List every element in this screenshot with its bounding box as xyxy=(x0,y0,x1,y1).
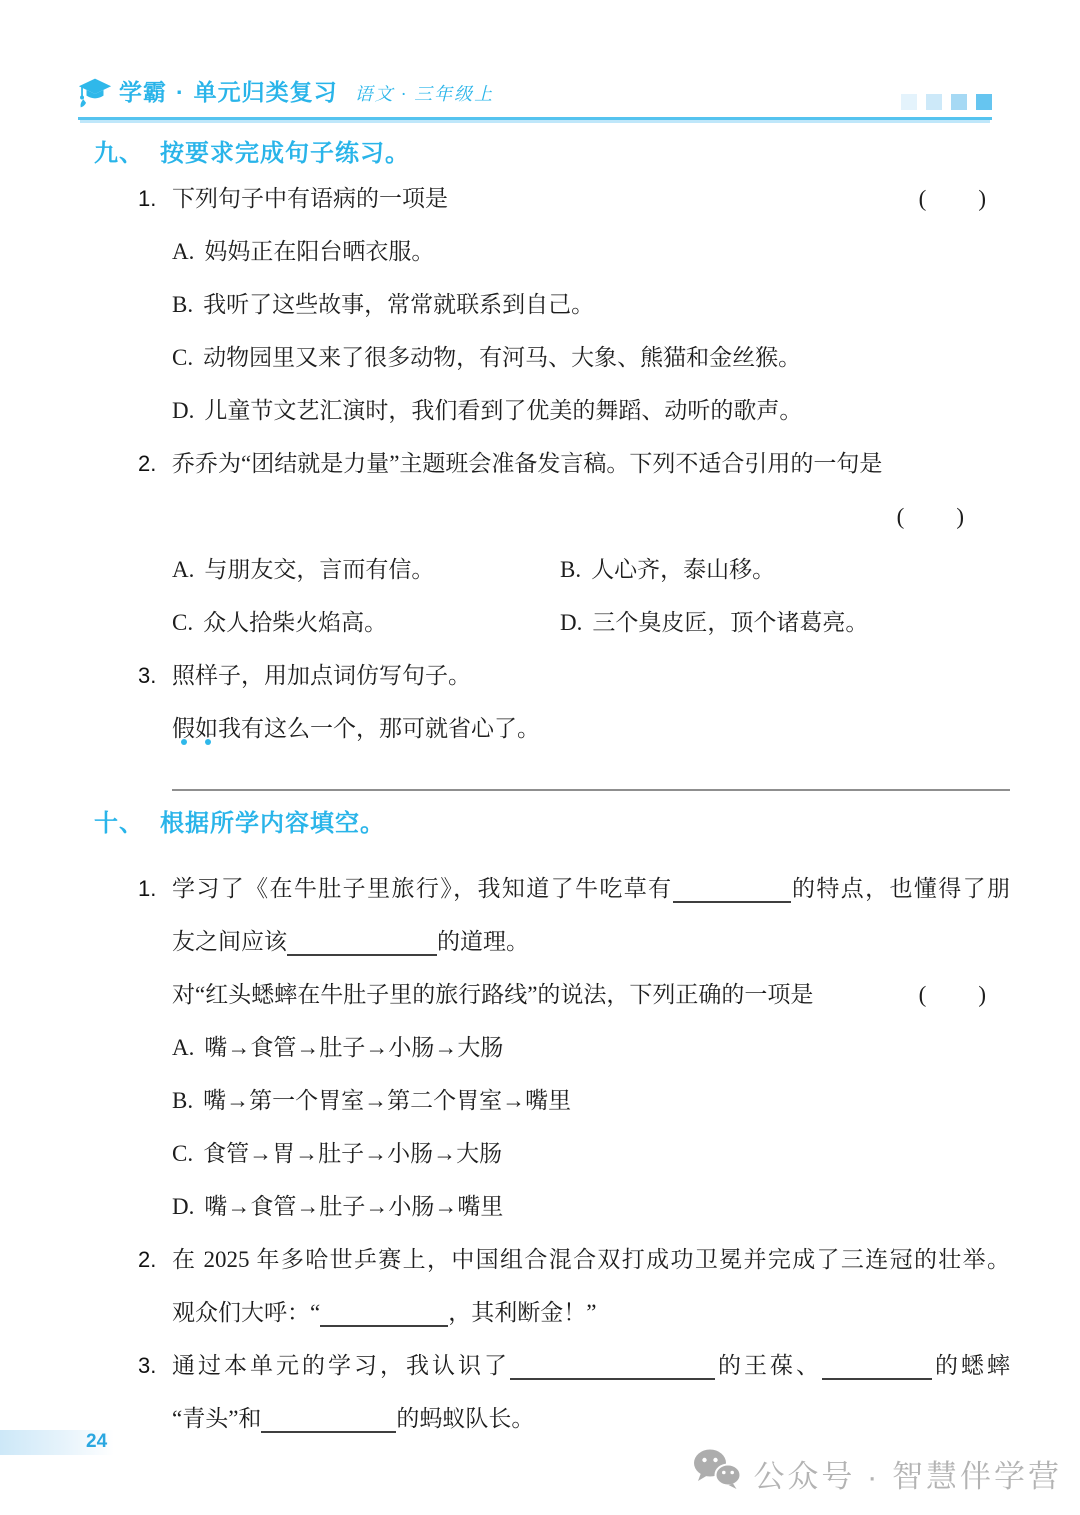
option-a: A.与朋友交，言而有信。 xyxy=(172,543,560,596)
stem-text: ，其利断金！” xyxy=(448,1300,596,1325)
answer-writing-line xyxy=(172,789,1010,791)
question-number: 2. xyxy=(138,1233,172,1339)
option-label: C. xyxy=(172,610,193,635)
brand-separator: · xyxy=(176,79,185,106)
question-stem: 照样子，用加点词仿写句子。 xyxy=(172,649,1010,702)
emphasized-word: 假如 xyxy=(172,716,218,741)
option-a: A.妈妈正在阳台晒衣服。 xyxy=(172,225,1010,278)
option-c: C.众人拾柴火焰高。 xyxy=(172,596,560,649)
stem-text: 通过本单元的学习，我认识了 xyxy=(172,1353,510,1378)
answer-brackets: ( ) xyxy=(919,968,988,1021)
option-label: D. xyxy=(560,610,582,635)
question-9-2: 2. 乔乔为“团结就是力量”主题班会准备发言稿。下列不适合引用的一句是 ( ) … xyxy=(138,437,1010,649)
section-10-title: 根据所学内容填空。 xyxy=(160,810,385,837)
deco-squares xyxy=(901,94,992,110)
answer-brackets: ( ) xyxy=(919,172,988,225)
watermark: 公众号 · 智慧伴学营 xyxy=(693,1448,1062,1498)
option-label: C. xyxy=(172,1141,193,1166)
stem-text: 的王葆、 xyxy=(715,1353,822,1378)
question-number: 3. xyxy=(138,649,172,755)
option-label: B. xyxy=(172,292,193,317)
option-label: A. xyxy=(172,1035,194,1060)
question-stem: 在 2025 年多哈世乒赛上，中国组合混合双打成功卫冕并完成了三连冠的壮举。 xyxy=(172,1233,1010,1286)
question-9-3: 3. 照样子，用加点词仿写句子。 假如我有这么一个，那可就省心了。 xyxy=(138,649,1010,755)
question-stem: 下列句子中有语病的一项是 xyxy=(172,172,448,225)
option-text: 嘴→食管→肚子→小肠→嘴里 xyxy=(204,1194,503,1219)
worksheet-page: 学霸 · 单元归类复习 语文 · 三年级上 九、按要求完成句子练习。 1. 下列… xyxy=(0,0,1080,1515)
fill-blank-line: 学习了《在牛肚子里旅行》，我知道了牛吃草有的特点，也懂得了朋 xyxy=(172,862,1010,915)
option-b: B.我听了这些故事，常常就联系到自己。 xyxy=(172,278,1010,331)
fill-blank-line: 通过本单元的学习，我认识了的王葆、的蟋蟀 xyxy=(172,1339,1010,1392)
stem-text: 的道理。 xyxy=(437,929,529,954)
subject-grade: 语文 · 三年级上 xyxy=(355,80,495,106)
option-label: C. xyxy=(172,345,193,370)
option-text: 儿童节文艺汇演时，我们看到了优美的舞蹈、动听的歌声。 xyxy=(204,398,802,423)
option-text: 动物园里又来了很多动物，有河马、大象、熊猫和金丝猴。 xyxy=(203,345,801,370)
option-d: D.儿童节文艺汇演时，我们看到了优美的舞蹈、动听的歌声。 xyxy=(172,384,1010,437)
stem-text: “青头”和 xyxy=(172,1406,261,1431)
section-10-number: 十、 xyxy=(94,810,144,837)
option-b: B.人心齐，泰山移。 xyxy=(560,543,1010,596)
option-text: 食管→胃→肚子→小肠→大肠 xyxy=(203,1141,502,1166)
fill-in-blank xyxy=(673,869,791,903)
option-b: B.嘴→第一个胃室→第二个胃室→嘴里 xyxy=(172,1074,1010,1127)
question-stem: 对“红头蟋蟀在牛肚子里的旅行路线”的说法，下列正确的一项是 xyxy=(172,968,813,1021)
fill-blank-line: “青头”和的蚂蚁队长。 xyxy=(172,1392,1010,1445)
section-9-heading: 九、按要求完成句子练习。 xyxy=(94,135,1010,172)
fill-in-blank xyxy=(320,1293,448,1327)
question-number: 1. xyxy=(138,172,172,437)
option-c: C.动物园里又来了很多动物，有河马、大象、熊猫和金丝猴。 xyxy=(172,331,1010,384)
option-text: 我听了这些故事，常常就联系到自己。 xyxy=(203,292,594,317)
stem-text: 的特点，也懂得了朋 xyxy=(791,876,1010,901)
stem-text: 友之间应该 xyxy=(172,929,287,954)
option-label: A. xyxy=(172,239,194,264)
worksheet-content: 九、按要求完成句子练习。 1. 下列句子中有语病的一项是 ( ) A.妈妈正在阳… xyxy=(80,135,1010,1445)
book-title: 单元归类复习 xyxy=(194,74,338,107)
option-c: C.食管→胃→肚子→小肠→大肠 xyxy=(172,1127,1010,1180)
section-10-heading: 十、根据所学内容填空。 xyxy=(94,805,1010,842)
fill-in-blank xyxy=(261,1399,396,1433)
option-text: 嘴→食管→肚子→小肠→大肠 xyxy=(204,1035,503,1060)
option-label: B. xyxy=(560,557,581,582)
page-header: 学霸 · 单元归类复习 语文 · 三年级上 xyxy=(78,0,992,120)
question-number: 1. xyxy=(138,862,172,1233)
question-10-3: 3. 通过本单元的学习，我认识了的王葆、的蟋蟀 “青头”和的蚂蚁队长。 xyxy=(138,1339,1010,1445)
graduation-cap-icon xyxy=(78,77,112,114)
example-sentence: 假如我有这么一个，那可就省心了。 xyxy=(172,702,1010,755)
option-a: A.嘴→食管→肚子→小肠→大肠 xyxy=(172,1021,1010,1074)
option-text: 与朋友交，言而有信。 xyxy=(204,557,434,582)
option-text: 人心齐，泰山移。 xyxy=(591,557,775,582)
section-9-title: 按要求完成句子练习。 xyxy=(160,140,410,167)
stem-text: 学习了《在牛肚子里旅行》，我知道了牛吃草有 xyxy=(172,876,673,901)
fill-in-blank xyxy=(287,922,437,956)
option-d: D.三个臭皮匠，顶个诸葛亮。 xyxy=(560,596,1010,649)
option-text: 三个臭皮匠，顶个诸葛亮。 xyxy=(592,610,868,635)
option-label: D. xyxy=(172,398,194,423)
stem-text: 的蟋蟀 xyxy=(932,1353,1010,1378)
stem-text: 的蚂蚁队长。 xyxy=(396,1406,534,1431)
section-9-number: 九、 xyxy=(94,140,144,167)
question-10-1: 1. 学习了《在牛肚子里旅行》，我知道了牛吃草有的特点，也懂得了朋 友之间应该的… xyxy=(138,862,1010,1233)
fill-in-blank xyxy=(510,1346,715,1380)
question-10-2: 2. 在 2025 年多哈世乒赛上，中国组合混合双打成功卫冕并完成了三连冠的壮举… xyxy=(138,1233,1010,1339)
fill-blank-line: 友之间应该的道理。 xyxy=(172,915,1010,968)
stem-text: 观众们大呼：“ xyxy=(172,1300,320,1325)
option-label: D. xyxy=(172,1194,194,1219)
answer-brackets: ( ) xyxy=(897,504,966,529)
option-d: D.嘴→食管→肚子→小肠→嘴里 xyxy=(172,1180,1010,1233)
watermark-text: 公众号 · 智慧伴学营 xyxy=(753,1451,1062,1496)
fill-in-blank xyxy=(822,1346,932,1380)
question-stem: 乔乔为“团结就是力量”主题班会准备发言稿。下列不适合引用的一句是 xyxy=(172,437,1010,490)
fill-blank-line: 观众们大呼：“，其利断金！” xyxy=(172,1286,1010,1339)
question-9-1: 1. 下列句子中有语病的一项是 ( ) A.妈妈正在阳台晒衣服。 B.我听了这些… xyxy=(138,172,1010,437)
example-rest: 我有这么一个，那可就省心了。 xyxy=(218,716,540,741)
option-text: 妈妈正在阳台晒衣服。 xyxy=(204,239,434,264)
question-number: 2. xyxy=(138,437,172,649)
option-label: A. xyxy=(172,557,194,582)
option-text: 嘴→第一个胃室→第二个胃室→嘴里 xyxy=(203,1088,571,1113)
brand-name: 学霸 xyxy=(119,74,167,107)
page-number: 24 xyxy=(86,1431,107,1453)
wechat-icon xyxy=(693,1448,741,1498)
option-text: 众人拾柴火焰高。 xyxy=(203,610,387,635)
question-number: 3. xyxy=(138,1339,172,1445)
option-label: B. xyxy=(172,1088,193,1113)
